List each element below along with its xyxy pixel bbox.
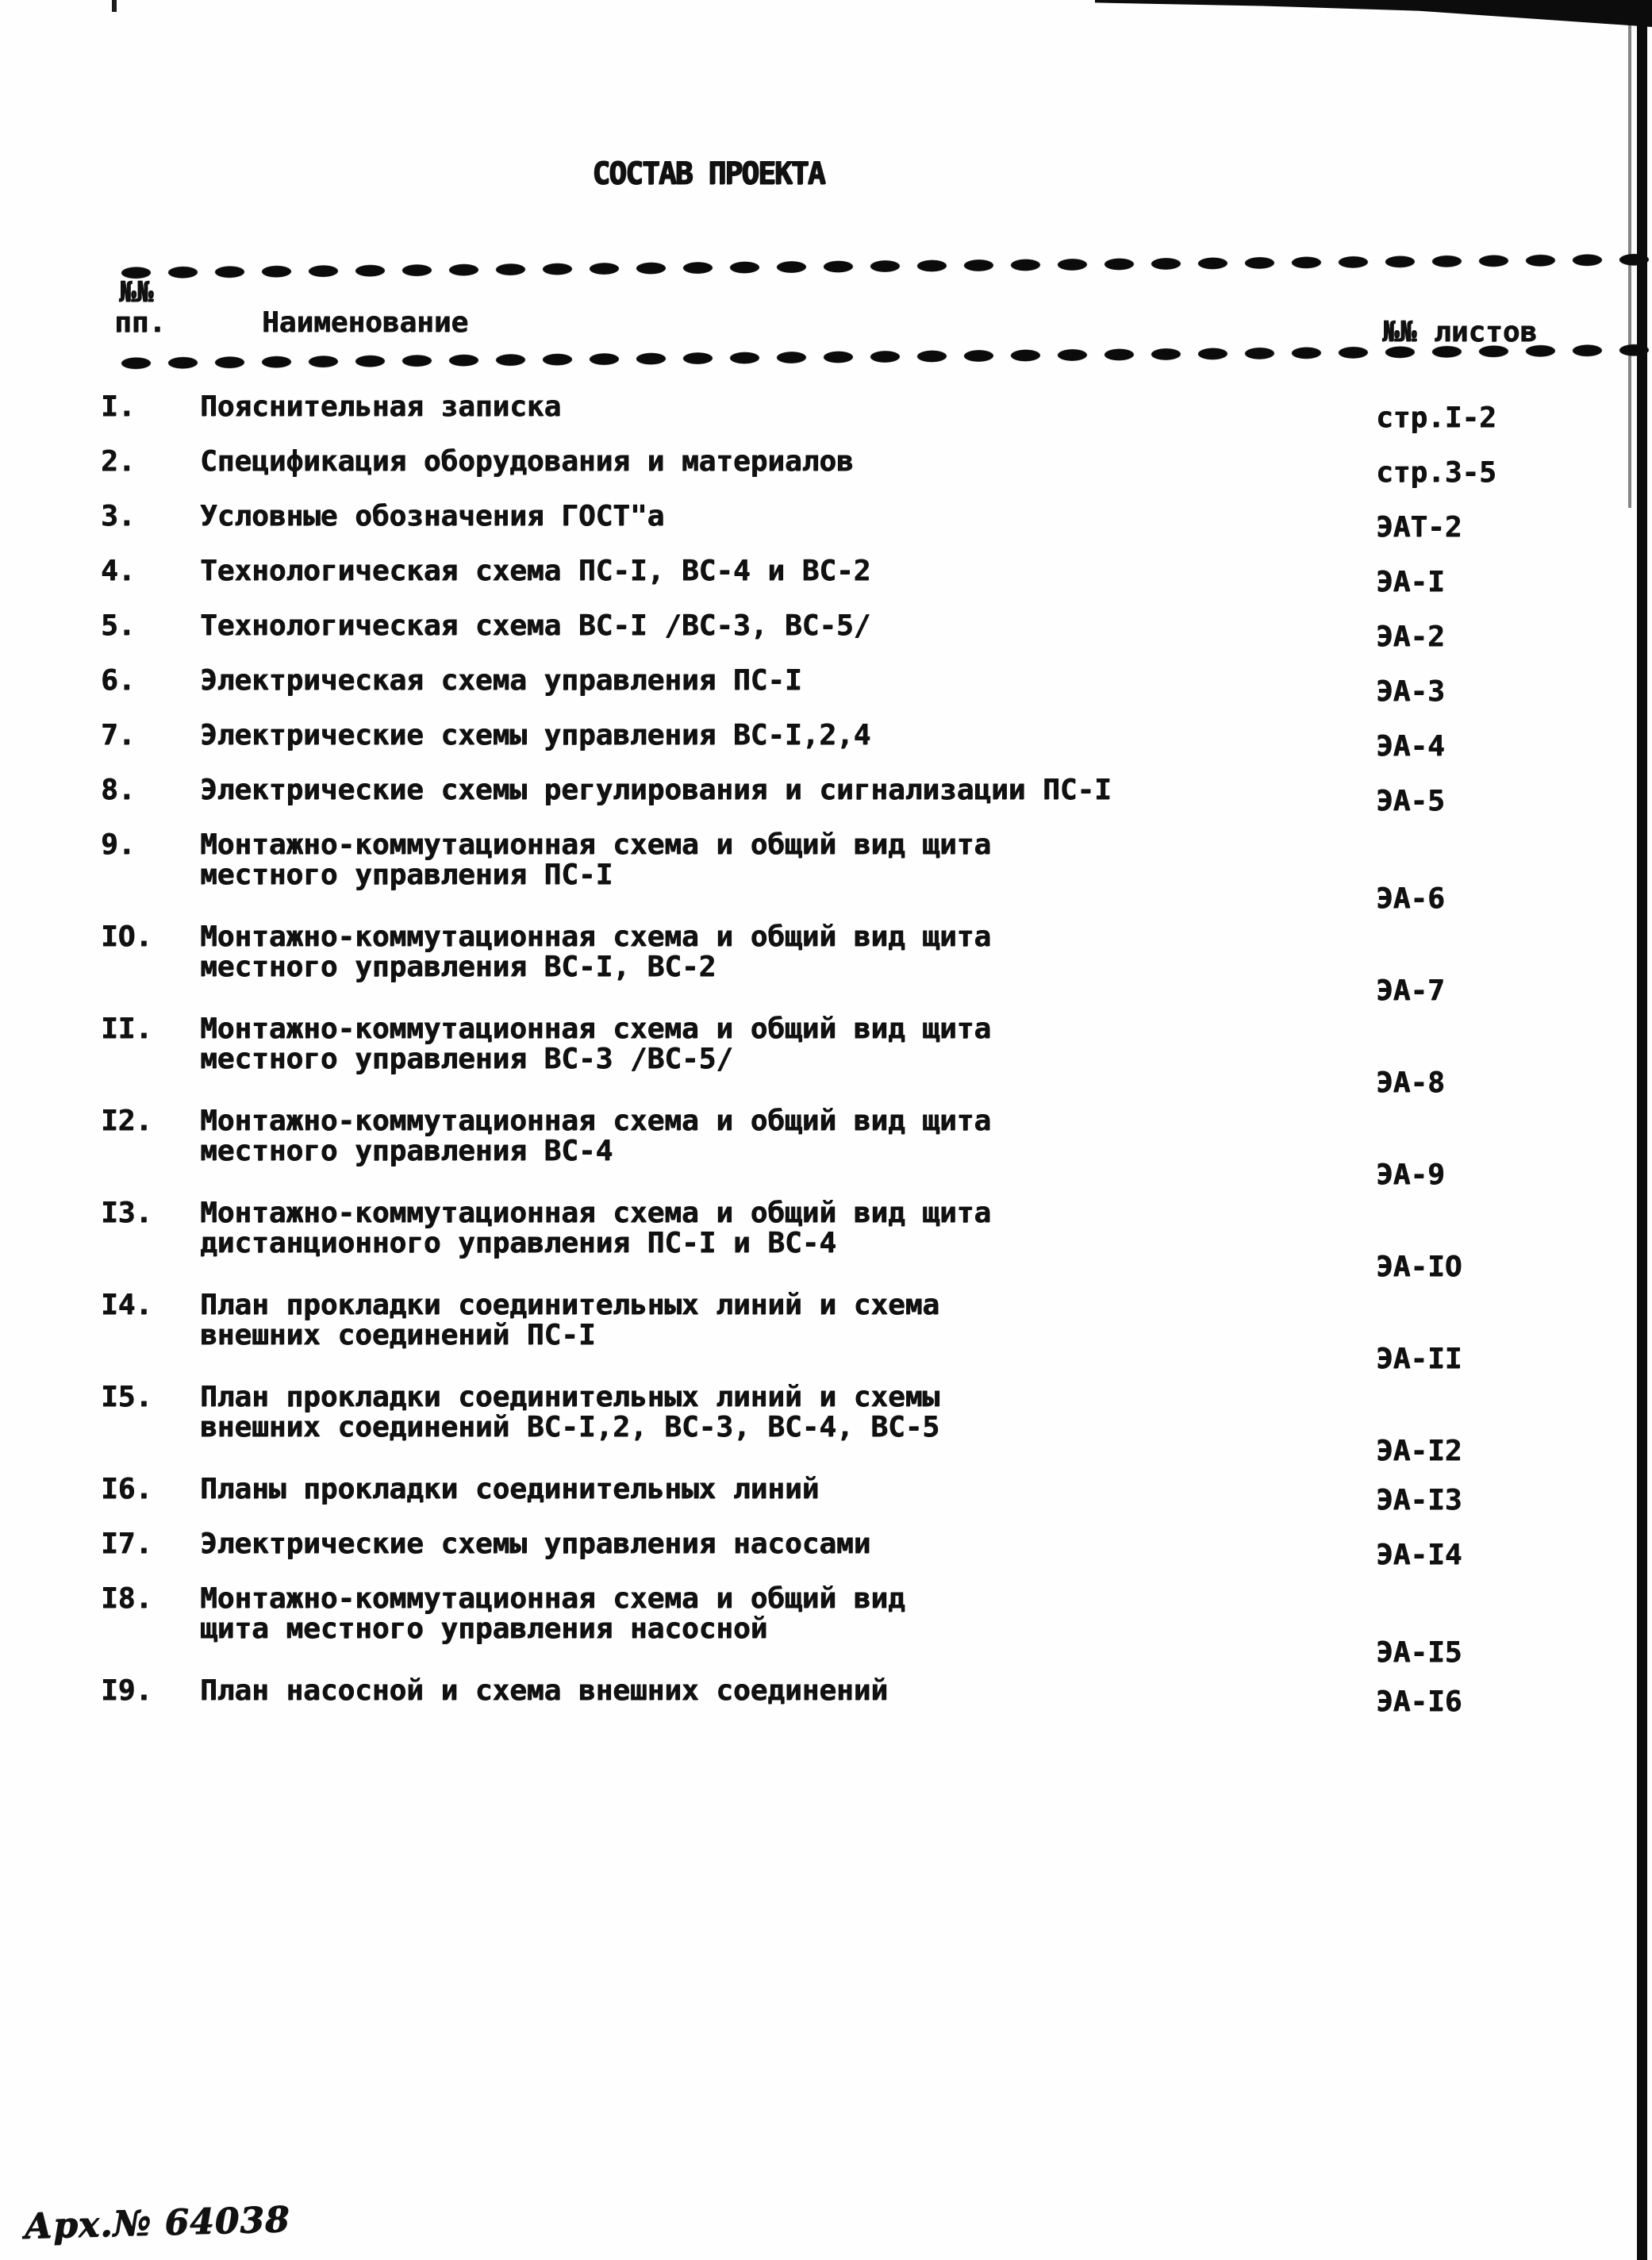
header-col-sheets: №№ листов [1382, 316, 1537, 348]
dashed-divider-bottom [113, 344, 1652, 370]
archive-number-handwritten: Арх.№ 64038 [23, 2200, 290, 2247]
row-number: I6. [101, 1474, 200, 1505]
row-number: I2. [101, 1106, 200, 1136]
table-row: 8.Электрические схемы регулирования и си… [0, 775, 1652, 805]
row-title: Монтажно-коммутационная схема и общий ви… [200, 922, 1376, 982]
row-sheets: ЭА-3 [1376, 677, 1445, 707]
header-col-name: Наименование [262, 306, 468, 339]
row-number: I. [101, 392, 200, 422]
row-number: 6. [101, 666, 200, 696]
table-row: I.Пояснительная запискастр.I-2 [0, 392, 1652, 422]
row-title: План прокладки соединительных линий и сх… [200, 1290, 1376, 1351]
row-sheets: ЭА-6 [1376, 884, 1445, 914]
table-row: 2.Спецификация оборудования и материалов… [0, 447, 1652, 477]
row-title: План прокладки соединительных линий и сх… [200, 1382, 1376, 1443]
header-col-number-line1: №№ [119, 276, 153, 309]
row-number: I3. [101, 1198, 200, 1228]
table-row: I7.Электрические схемы управления насоса… [0, 1529, 1652, 1559]
table-row: 3.Условные обозначения ГОСТ"аЭАТ-2 [0, 502, 1652, 532]
row-sheets: ЭА-I6 [1376, 1687, 1462, 1717]
row-title: Монтажно-коммутационная схема и общий ви… [200, 1014, 1376, 1074]
row-number: 3. [101, 502, 200, 532]
row-sheets: ЭА-I [1376, 567, 1445, 598]
header-col-number-line2: пп. [114, 306, 166, 339]
row-number: II. [101, 1014, 200, 1044]
row-sheets: ЭА-I2 [1376, 1436, 1462, 1466]
table-row: I2.Монтажно-коммутационная схема и общий… [0, 1106, 1652, 1167]
row-title: Планы прокладки соединительных линий [200, 1474, 1376, 1505]
table-row: I5.План прокладки соединительных линий и… [0, 1382, 1652, 1443]
scanned-document-page: СОСТАВ ПРОЕКТА №№ пп. Наименование №№ ли… [0, 0, 1652, 2260]
table-row: 6.Электрическая схема управления ПС-IЭА-… [0, 666, 1652, 696]
row-title: Электрические схемы регулирования и сигн… [200, 775, 1376, 805]
row-title: Монтажно-коммутационная схема и общий ви… [200, 1106, 1376, 1167]
row-number: I5. [101, 1382, 200, 1412]
row-title: Монтажно-коммутационная схема и общий ви… [200, 1198, 1376, 1259]
row-sheets: ЭА-I3 [1376, 1486, 1462, 1516]
table-row: I6.Планы прокладки соединительных линийЭ… [0, 1474, 1652, 1505]
row-title: Спецификация оборудования и материалов [200, 447, 1376, 477]
dashed-divider-top [113, 253, 1652, 279]
row-sheets: ЭАТ-2 [1376, 513, 1462, 543]
row-title: Электрические схемы управления ВС-I,2,4 [200, 721, 1376, 751]
row-sheets: ЭА-9 [1376, 1160, 1445, 1190]
row-title: Технологическая схема ПС-I, ВС-4 и ВС-2 [200, 556, 1376, 586]
row-sheets: стр.3-5 [1376, 458, 1496, 488]
table-row: I3.Монтажно-коммутационная схема и общий… [0, 1198, 1652, 1259]
table-row: 9.Монтажно-коммутационная схема и общий … [0, 830, 1652, 890]
row-sheets: ЭА-I5 [1376, 1638, 1462, 1668]
row-number: 7. [101, 721, 200, 751]
table-row: I9.План насосной и схема внешних соедине… [0, 1676, 1652, 1706]
row-title: Электрические схемы управления насосами [200, 1529, 1376, 1559]
row-number: IO. [101, 922, 200, 952]
row-number: 4. [101, 556, 200, 586]
scan-artifact-right-edge [1637, 0, 1647, 2260]
row-number: 8. [101, 775, 200, 805]
page-title: СОСТАВ ПРОЕКТА [592, 156, 824, 190]
row-title: Монтажно-коммутационная схема и общий ви… [200, 830, 1376, 890]
toc-rows: I.Пояснительная запискастр.I-22.Специфик… [0, 392, 1652, 1731]
row-number: I4. [101, 1290, 200, 1320]
table-row: I8.Монтажно-коммутационная схема и общий… [0, 1584, 1652, 1644]
row-sheets: ЭА-II [1376, 1344, 1462, 1374]
row-number: I9. [101, 1676, 200, 1706]
row-number: I8. [101, 1584, 200, 1614]
table-row: I4.План прокладки соединительных линий и… [0, 1290, 1652, 1351]
row-sheets: ЭА-8 [1376, 1068, 1445, 1098]
table-row: IO.Монтажно-коммутационная схема и общий… [0, 922, 1652, 982]
row-number: 9. [101, 830, 200, 860]
row-sheets: ЭА-5 [1376, 786, 1445, 817]
table-row: 5.Технологическая схема ВС-I /ВС-3, ВС-5… [0, 611, 1652, 641]
row-sheets: ЭА-2 [1376, 622, 1445, 652]
row-number: I7. [101, 1529, 200, 1559]
table-row: 4.Технологическая схема ПС-I, ВС-4 и ВС-… [0, 556, 1652, 586]
row-number: 2. [101, 447, 200, 477]
table-row: II.Монтажно-коммутационная схема и общий… [0, 1014, 1652, 1074]
row-sheets: ЭА-7 [1376, 976, 1445, 1006]
row-sheets: стр.I-2 [1376, 403, 1496, 433]
row-number: 5. [101, 611, 200, 641]
row-sheets: ЭА-IO [1376, 1252, 1462, 1282]
table-row: 7.Электрические схемы управления ВС-I,2,… [0, 721, 1652, 751]
row-title: План насосной и схема внешних соединений [200, 1676, 1376, 1706]
row-title: Условные обозначения ГОСТ"а [200, 502, 1376, 532]
scan-artifact-right-edge-echo [1628, 0, 1631, 508]
row-title: Электрическая схема управления ПС-I [200, 666, 1376, 696]
row-title: Монтажно-коммутационная схема и общий ви… [200, 1584, 1376, 1644]
row-title: Технологическая схема ВС-I /ВС-3, ВС-5/ [200, 611, 1376, 641]
row-sheets: ЭА-I4 [1376, 1540, 1462, 1570]
row-title: Пояснительная записка [200, 392, 1376, 422]
row-sheets: ЭА-4 [1376, 732, 1445, 762]
scan-artifact-top-right-wedge [1095, 0, 1652, 27]
scan-artifact-top-left-tick [112, 0, 117, 12]
